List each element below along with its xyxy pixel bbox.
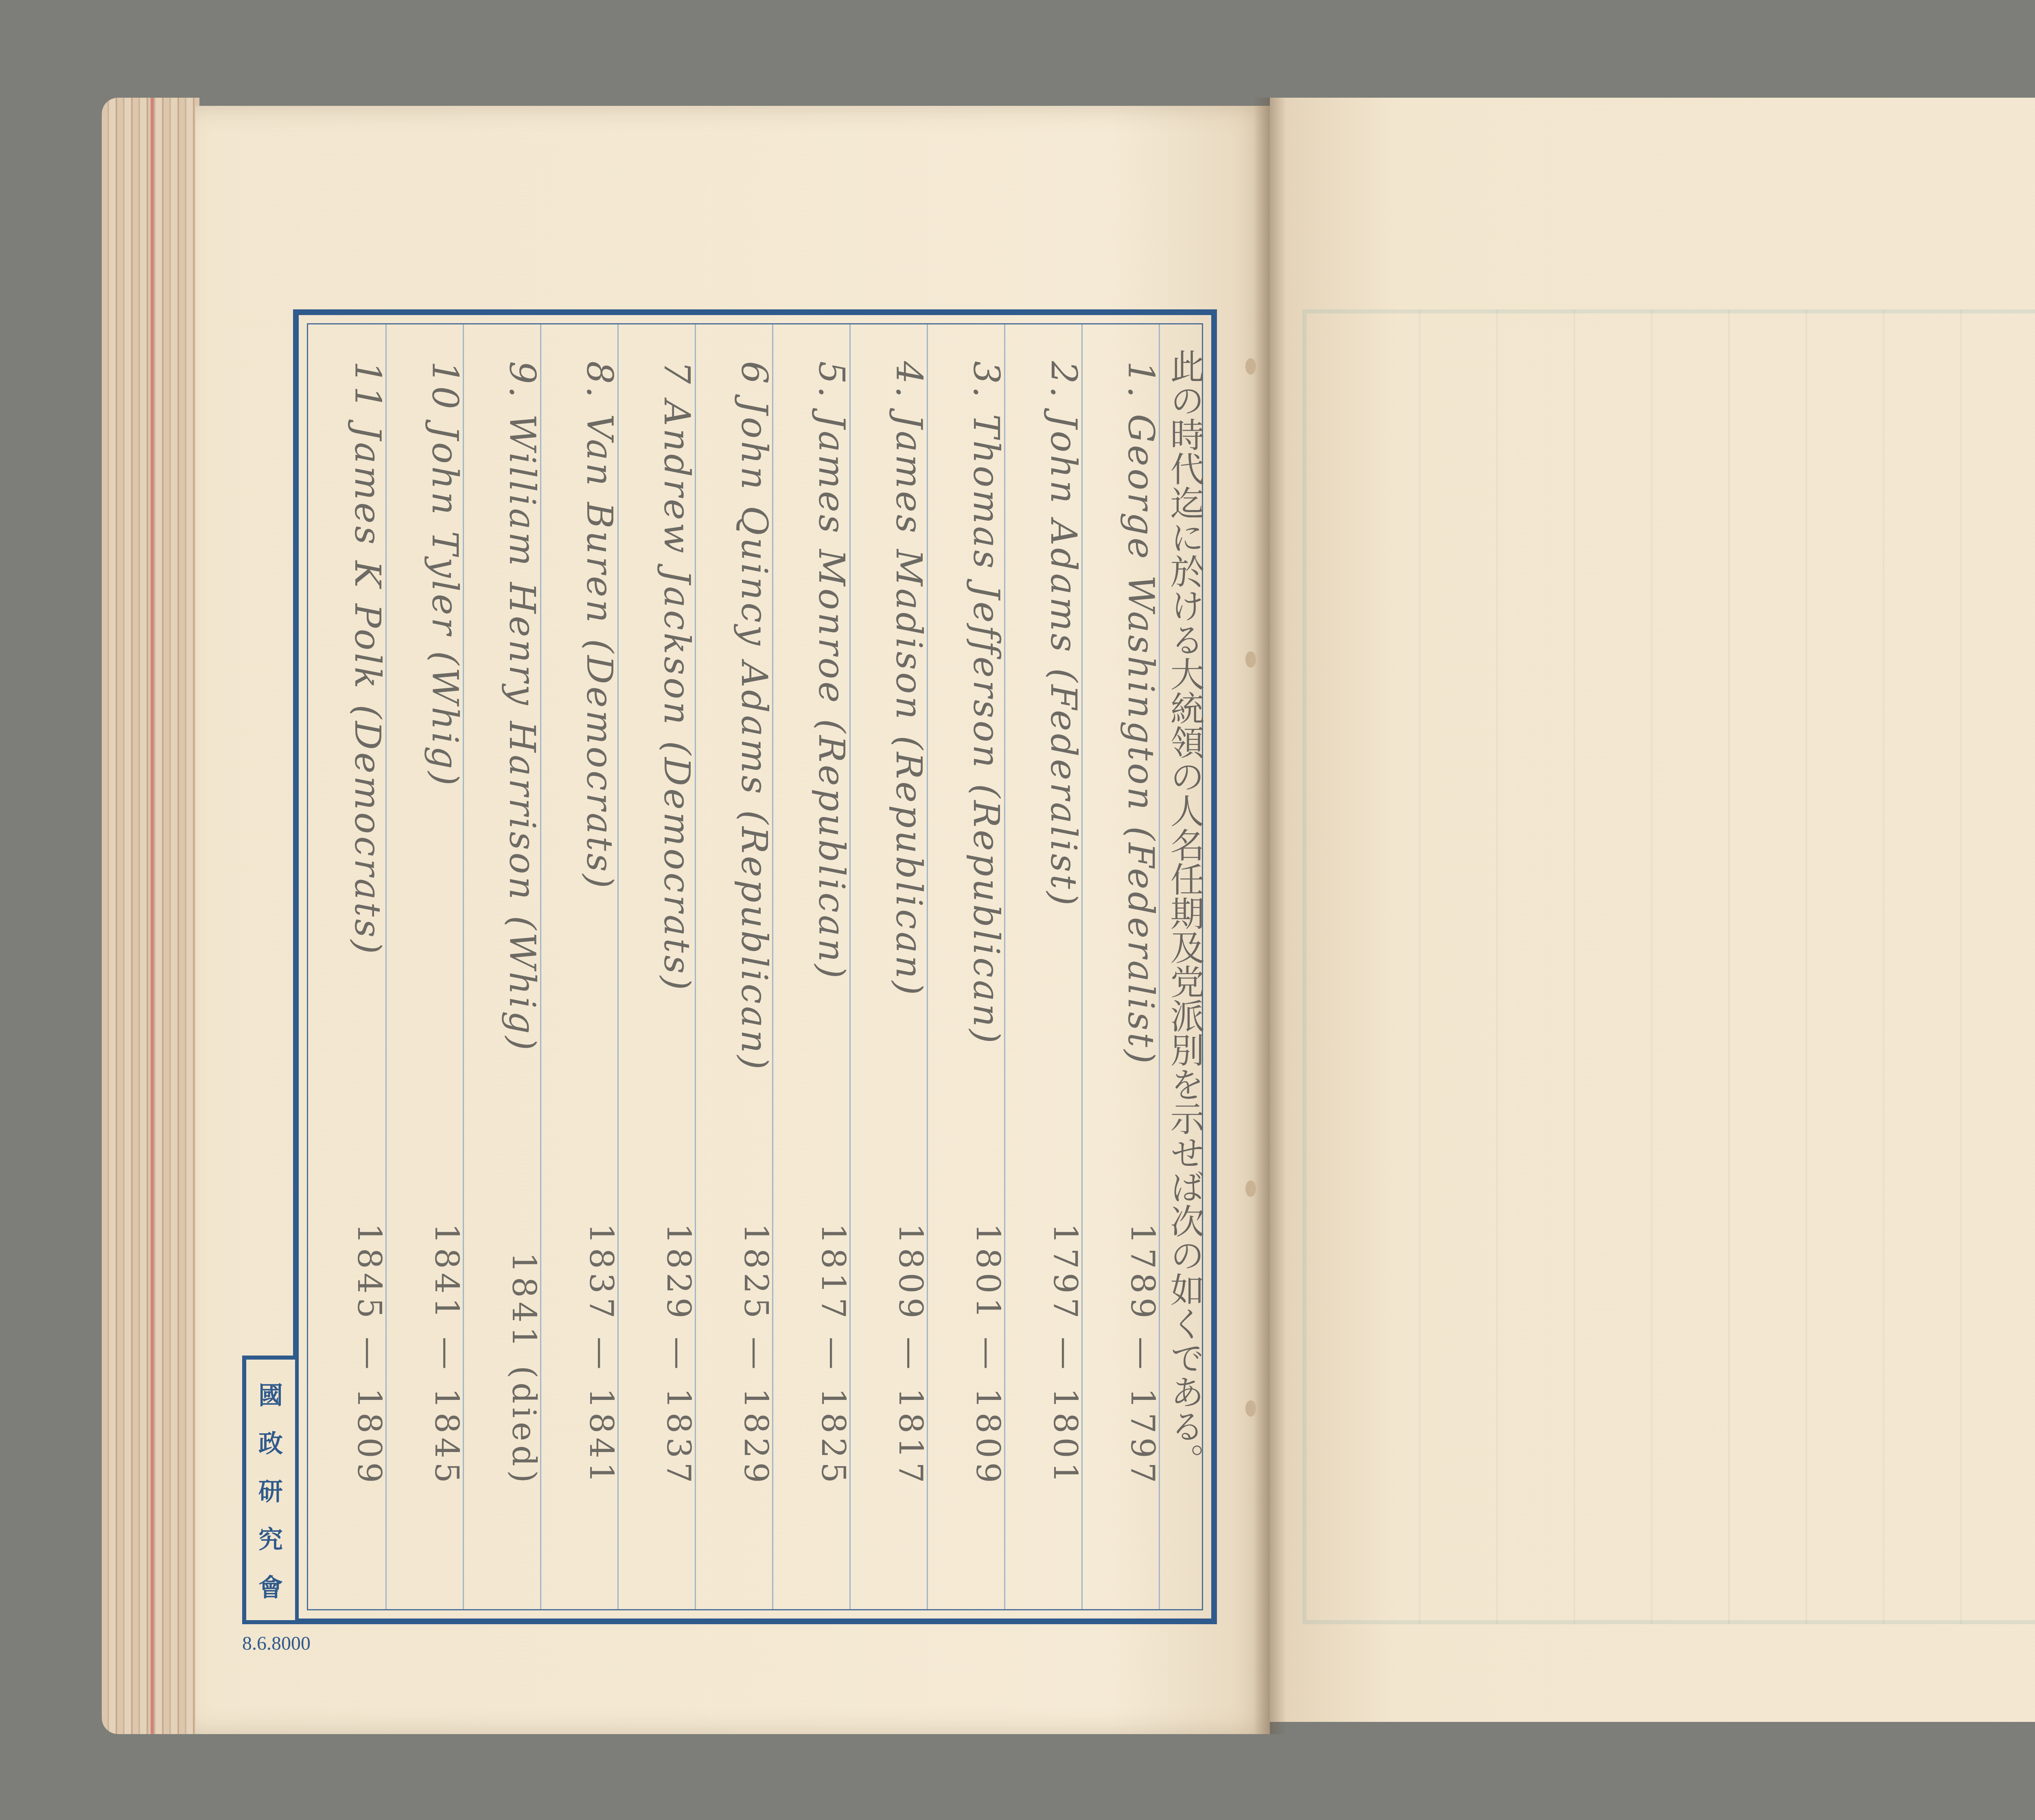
party: (Democrats) [656,741,698,992]
binding-hole [1245,1400,1256,1417]
entry-number: 4. [888,361,930,400]
president-name: John Quincy Adams [733,400,775,796]
president-name: James K Polk [347,425,389,691]
party: (Whig) [424,651,466,788]
term: 1809 — 1817 [851,1223,927,1487]
binding-hole [1245,651,1256,668]
entry-number: 10 [424,361,466,412]
imprint-char: 政 [258,1424,283,1459]
table-row: 8. Van Buren (Democrats) 1837 — 1841 [540,324,617,1609]
party: (Republican) [965,784,1007,1046]
binding-hole [1245,358,1256,375]
term: 1825 — 1829 [696,1223,772,1487]
entry-number: 6 [733,361,775,386]
table-row: 2. John Adams (Federalist) 1797 — 1801 [1004,324,1081,1609]
imprint-char: 會 [258,1568,283,1603]
entry-number: 11 [347,361,389,412]
party: (Republican) [733,810,775,1072]
table-row: 10 John Tyler (Whig) 1841 — 1845 [385,324,463,1609]
publisher-imprint: 國 政 研 究 會 [242,1356,295,1624]
entry-number: 9. [501,361,543,400]
print-code: 8.6.8000 [242,1632,311,1655]
ruled-table: 此の時代迄に於ける大統領の人名任期及党派別を示せば次の如くである。 1. Geo… [307,323,1203,1610]
ruled-table-frame: 此の時代迄に於ける大統領の人名任期及党派別を示せば次の如くである。 1. Geo… [293,309,1217,1624]
president-name: George Washington [1120,414,1162,813]
table-row: 5. James Monroe (Republican) 1817 — 1825 [772,324,849,1609]
table-row: 9. William Henry Harrison (Whig) 1841 (d… [463,324,540,1609]
party: (Federalist) [1043,668,1085,908]
term: 1837 — 1841 [541,1223,617,1487]
president-name: John Tyler [424,425,466,637]
entry-number: 1. [1120,361,1162,400]
party: (Republican) [811,719,853,981]
table-row: 4. James Madison (Republican) 1809 — 181… [849,324,927,1609]
book-gutter [1254,98,1286,1734]
show-through-frame [1302,309,2035,1624]
term: 1829 — 1837 [619,1223,695,1487]
entry-number: 8. [579,361,621,400]
table-row: 11 James K Polk (Democrats) 1845 — 1809 [308,324,385,1609]
term: 1817 — 1825 [773,1223,849,1487]
president-name: William Henry Harrison [501,414,543,902]
imprint-char: 國 [258,1376,283,1411]
party: (Whig) [501,916,543,1053]
party: (Republican) [888,736,930,997]
table-row: 3. Thomas Jefferson (Republican) 1801 — … [927,324,1004,1609]
term: 1841 — 1845 [387,1223,463,1487]
term: 1801 — 1809 [928,1223,1004,1487]
president-name: James Madison [888,414,930,722]
table-row: 1. George Washington (Federalist) 1789 —… [1081,324,1159,1609]
term: 1841 (died) [464,1252,540,1487]
term: 1845 — 1809 [308,1223,385,1487]
imprint-char: 究 [258,1520,283,1555]
binding-hole [1245,1180,1256,1197]
entry-number: 7 [656,361,698,386]
president-name: John Adams [1043,414,1085,655]
entry-number: 2. [1043,361,1085,400]
table-header-text: 此の時代迄に於ける大統領の人名任期及党派別を示せば次の如くである。 [1159,324,1202,1609]
table-row: 7 Andrew Jackson (Democrats) 1829 — 1837 [617,324,695,1609]
entry-number: 5. [811,361,853,400]
party: (Federalist) [1120,826,1162,1066]
left-page-stack-edge [102,98,199,1734]
term: 1797 — 1801 [1005,1223,1081,1487]
red-edge-line [151,98,154,1734]
table-row: 6 John Quincy Adams (Republican) 1825 — … [695,324,772,1609]
president-name: Andrew Jackson [656,400,698,727]
president-name: Van Buren [579,414,621,625]
party: (Democrats) [579,639,621,891]
entry-number: 3. [965,361,1007,400]
president-name: James Monroe [811,414,853,705]
imprint-char: 研 [258,1472,283,1507]
party: (Democrats) [347,705,389,956]
term: 1789 — 1797 [1083,1223,1159,1487]
president-name: Thomas Jefferson [965,414,1007,770]
